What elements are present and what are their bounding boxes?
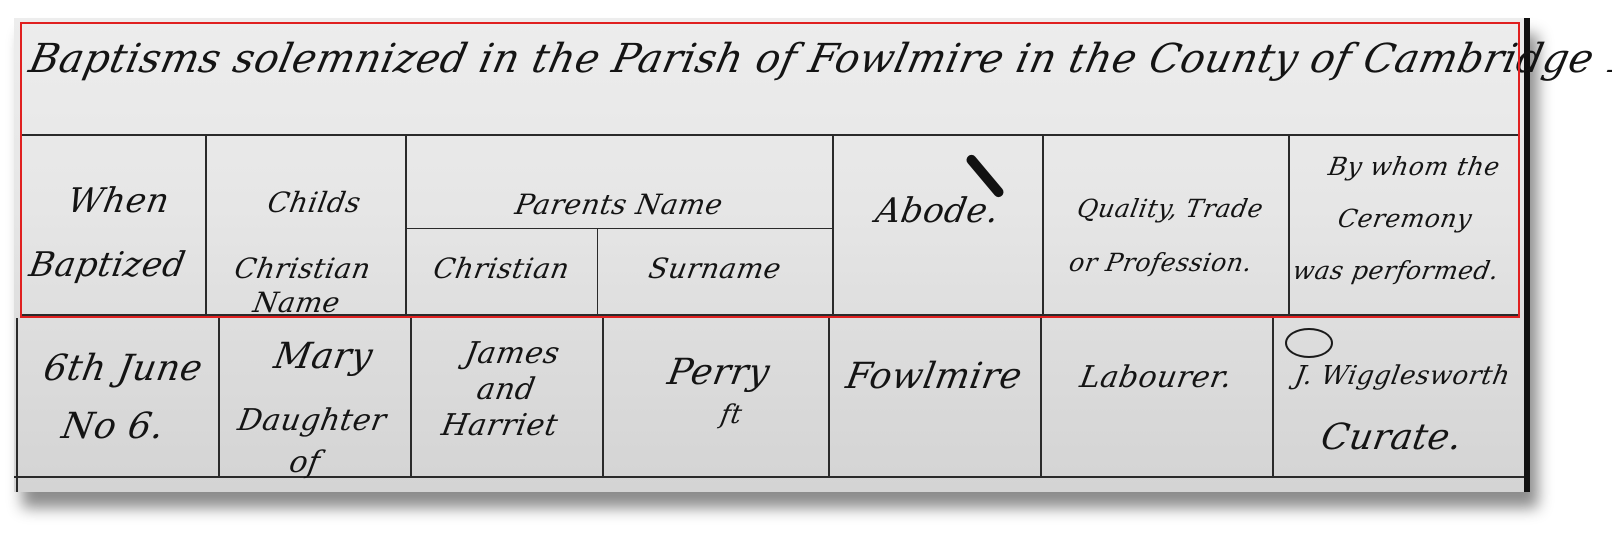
record-number: No 6. xyxy=(11,406,214,448)
record-abode: Fowlmire xyxy=(826,356,1041,398)
record-father: James xyxy=(415,336,609,372)
record-child-relation: Daughter of xyxy=(207,400,410,484)
header-when-line2: Baptized xyxy=(13,244,202,286)
register-title: Baptisms solemnized in the Parish of Fow… xyxy=(25,36,1515,82)
record-minister: J. Wigglesworth xyxy=(1276,358,1528,394)
header-abode: Abode. xyxy=(830,190,1044,232)
header-parents-christian: Christian xyxy=(404,252,599,286)
header-child-line2: Christian Name xyxy=(195,252,404,320)
header-parents-name: Parents Name xyxy=(404,188,834,222)
header-quality-line2: or Profession. xyxy=(1036,246,1285,280)
header-by-whom-line1: By whom the xyxy=(1296,150,1532,184)
header-quality-line1: Quality, Trade xyxy=(1046,192,1295,226)
header-by-whom: By whom the Ceremony was performed. xyxy=(1278,150,1532,288)
header-quality: Quality, Trade or Profession. xyxy=(1036,192,1295,280)
record-child: Mary Daughter of xyxy=(207,336,421,484)
record-quality: Labourer. xyxy=(1039,360,1273,396)
header-parents-surname: Surname xyxy=(596,252,834,286)
record-when: 6th June No 6. xyxy=(11,348,225,448)
record-by-whom: J. Wigglesworth Curate. xyxy=(1265,358,1528,456)
record-child-name: Mary xyxy=(226,336,421,378)
rule-record-col xyxy=(828,318,830,478)
record-parents-christian: James and Harriet xyxy=(402,336,609,444)
rule-title-bottom xyxy=(20,134,1520,136)
record-surname-mark: ft xyxy=(637,394,826,436)
record-and: and xyxy=(409,372,603,408)
header-child-name: Childs Christian Name xyxy=(195,186,416,320)
header-when: When Baptized xyxy=(13,180,214,286)
record-mother: Harriet xyxy=(402,408,596,444)
record-date: 6th June xyxy=(21,348,224,390)
header-by-whom-line2: Ceremony xyxy=(1287,202,1523,236)
header-by-whom-line3: was performed. xyxy=(1278,254,1514,288)
header-when-line1: When xyxy=(24,180,213,222)
rule-header-col xyxy=(1042,134,1044,316)
rule-record-col xyxy=(1040,318,1042,478)
rule-parents-split xyxy=(405,228,832,229)
record-surname: Perry xyxy=(604,352,833,394)
header-child-line1: Childs xyxy=(213,186,416,220)
record-minister-title: Curate. xyxy=(1265,420,1517,456)
record-parents-surname: Perry ft xyxy=(597,352,834,436)
signature-flourish xyxy=(1285,328,1333,358)
